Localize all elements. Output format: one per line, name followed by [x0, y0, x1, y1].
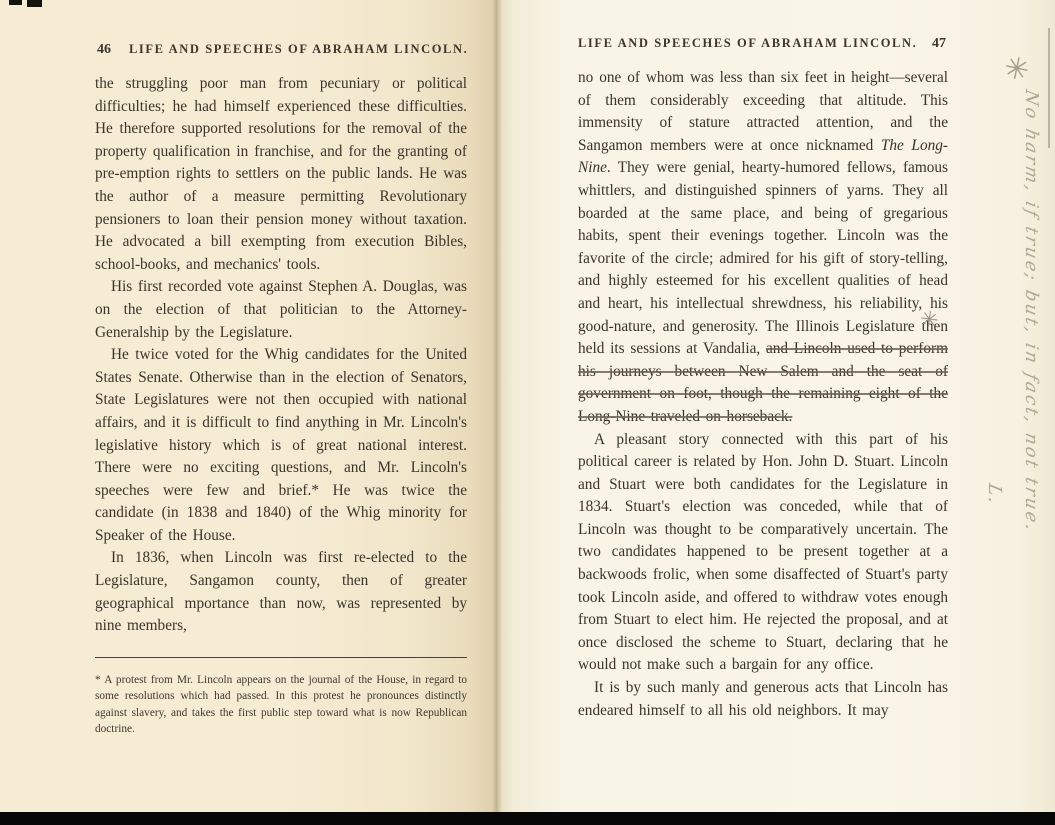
left-page-number: 46 — [97, 42, 111, 58]
right-running-header: LIFE AND SPEECHES OF ABRAHAM LINCOLN. 47 — [578, 36, 948, 54]
right-page-text: LIFE AND SPEECHES OF ABRAHAM LINCOLN. 47… — [578, 36, 948, 722]
paragraph: He twice voted for the Whig candidates f… — [95, 344, 467, 547]
paragraph: It is by such manly and generous acts th… — [578, 677, 948, 722]
scan-artifact — [27, 0, 42, 7]
right-page-number: 47 — [932, 36, 946, 52]
paragraph: the struggling poor man from pecuniary o… — [95, 73, 467, 276]
paragraph: A pleasant story connected with this par… — [578, 429, 948, 678]
footnote-rule — [95, 657, 467, 658]
left-body: the struggling poor man from pecuniary o… — [95, 73, 467, 638]
right-header-title: LIFE AND SPEECHES OF ABRAHAM LINCOLN. — [578, 36, 948, 51]
left-header-title: LIFE AND SPEECHES OF ABRAHAM LINCOLN. — [95, 42, 467, 57]
footnote: * A protest from Mr. Lincoln appears on … — [95, 672, 467, 738]
left-page-text: 46 LIFE AND SPEECHES OF ABRAHAM LINCOLN.… — [95, 42, 467, 738]
page-edge-artifact — [1048, 28, 1050, 148]
paragraph: In 1836, when Lincoln was first re-elect… — [95, 547, 467, 637]
left-running-header: 46 LIFE AND SPEECHES OF ABRAHAM LINCOLN. — [95, 42, 467, 60]
handwritten-margin-note: No harm, if true; but, in fact, not true… — [1015, 86, 1041, 532]
handwritten-initial: L. — [981, 481, 1005, 546]
paragraph: His first recorded vote against Stephen … — [95, 276, 467, 344]
gutter-shadow — [492, 0, 502, 812]
book-scan: 46 LIFE AND SPEECHES OF ABRAHAM LINCOLN.… — [0, 0, 1055, 812]
handwritten-inline-star-icon: ✳ — [918, 307, 940, 334]
paragraph: no one of whom was less than six feet in… — [578, 67, 948, 429]
scan-bottom-border — [0, 812, 1055, 825]
right-body: no one of whom was less than six feet in… — [578, 67, 948, 722]
paragraph-text: . They were genial, hearty-humored fello… — [578, 159, 948, 357]
scan-artifact — [9, 0, 22, 5]
